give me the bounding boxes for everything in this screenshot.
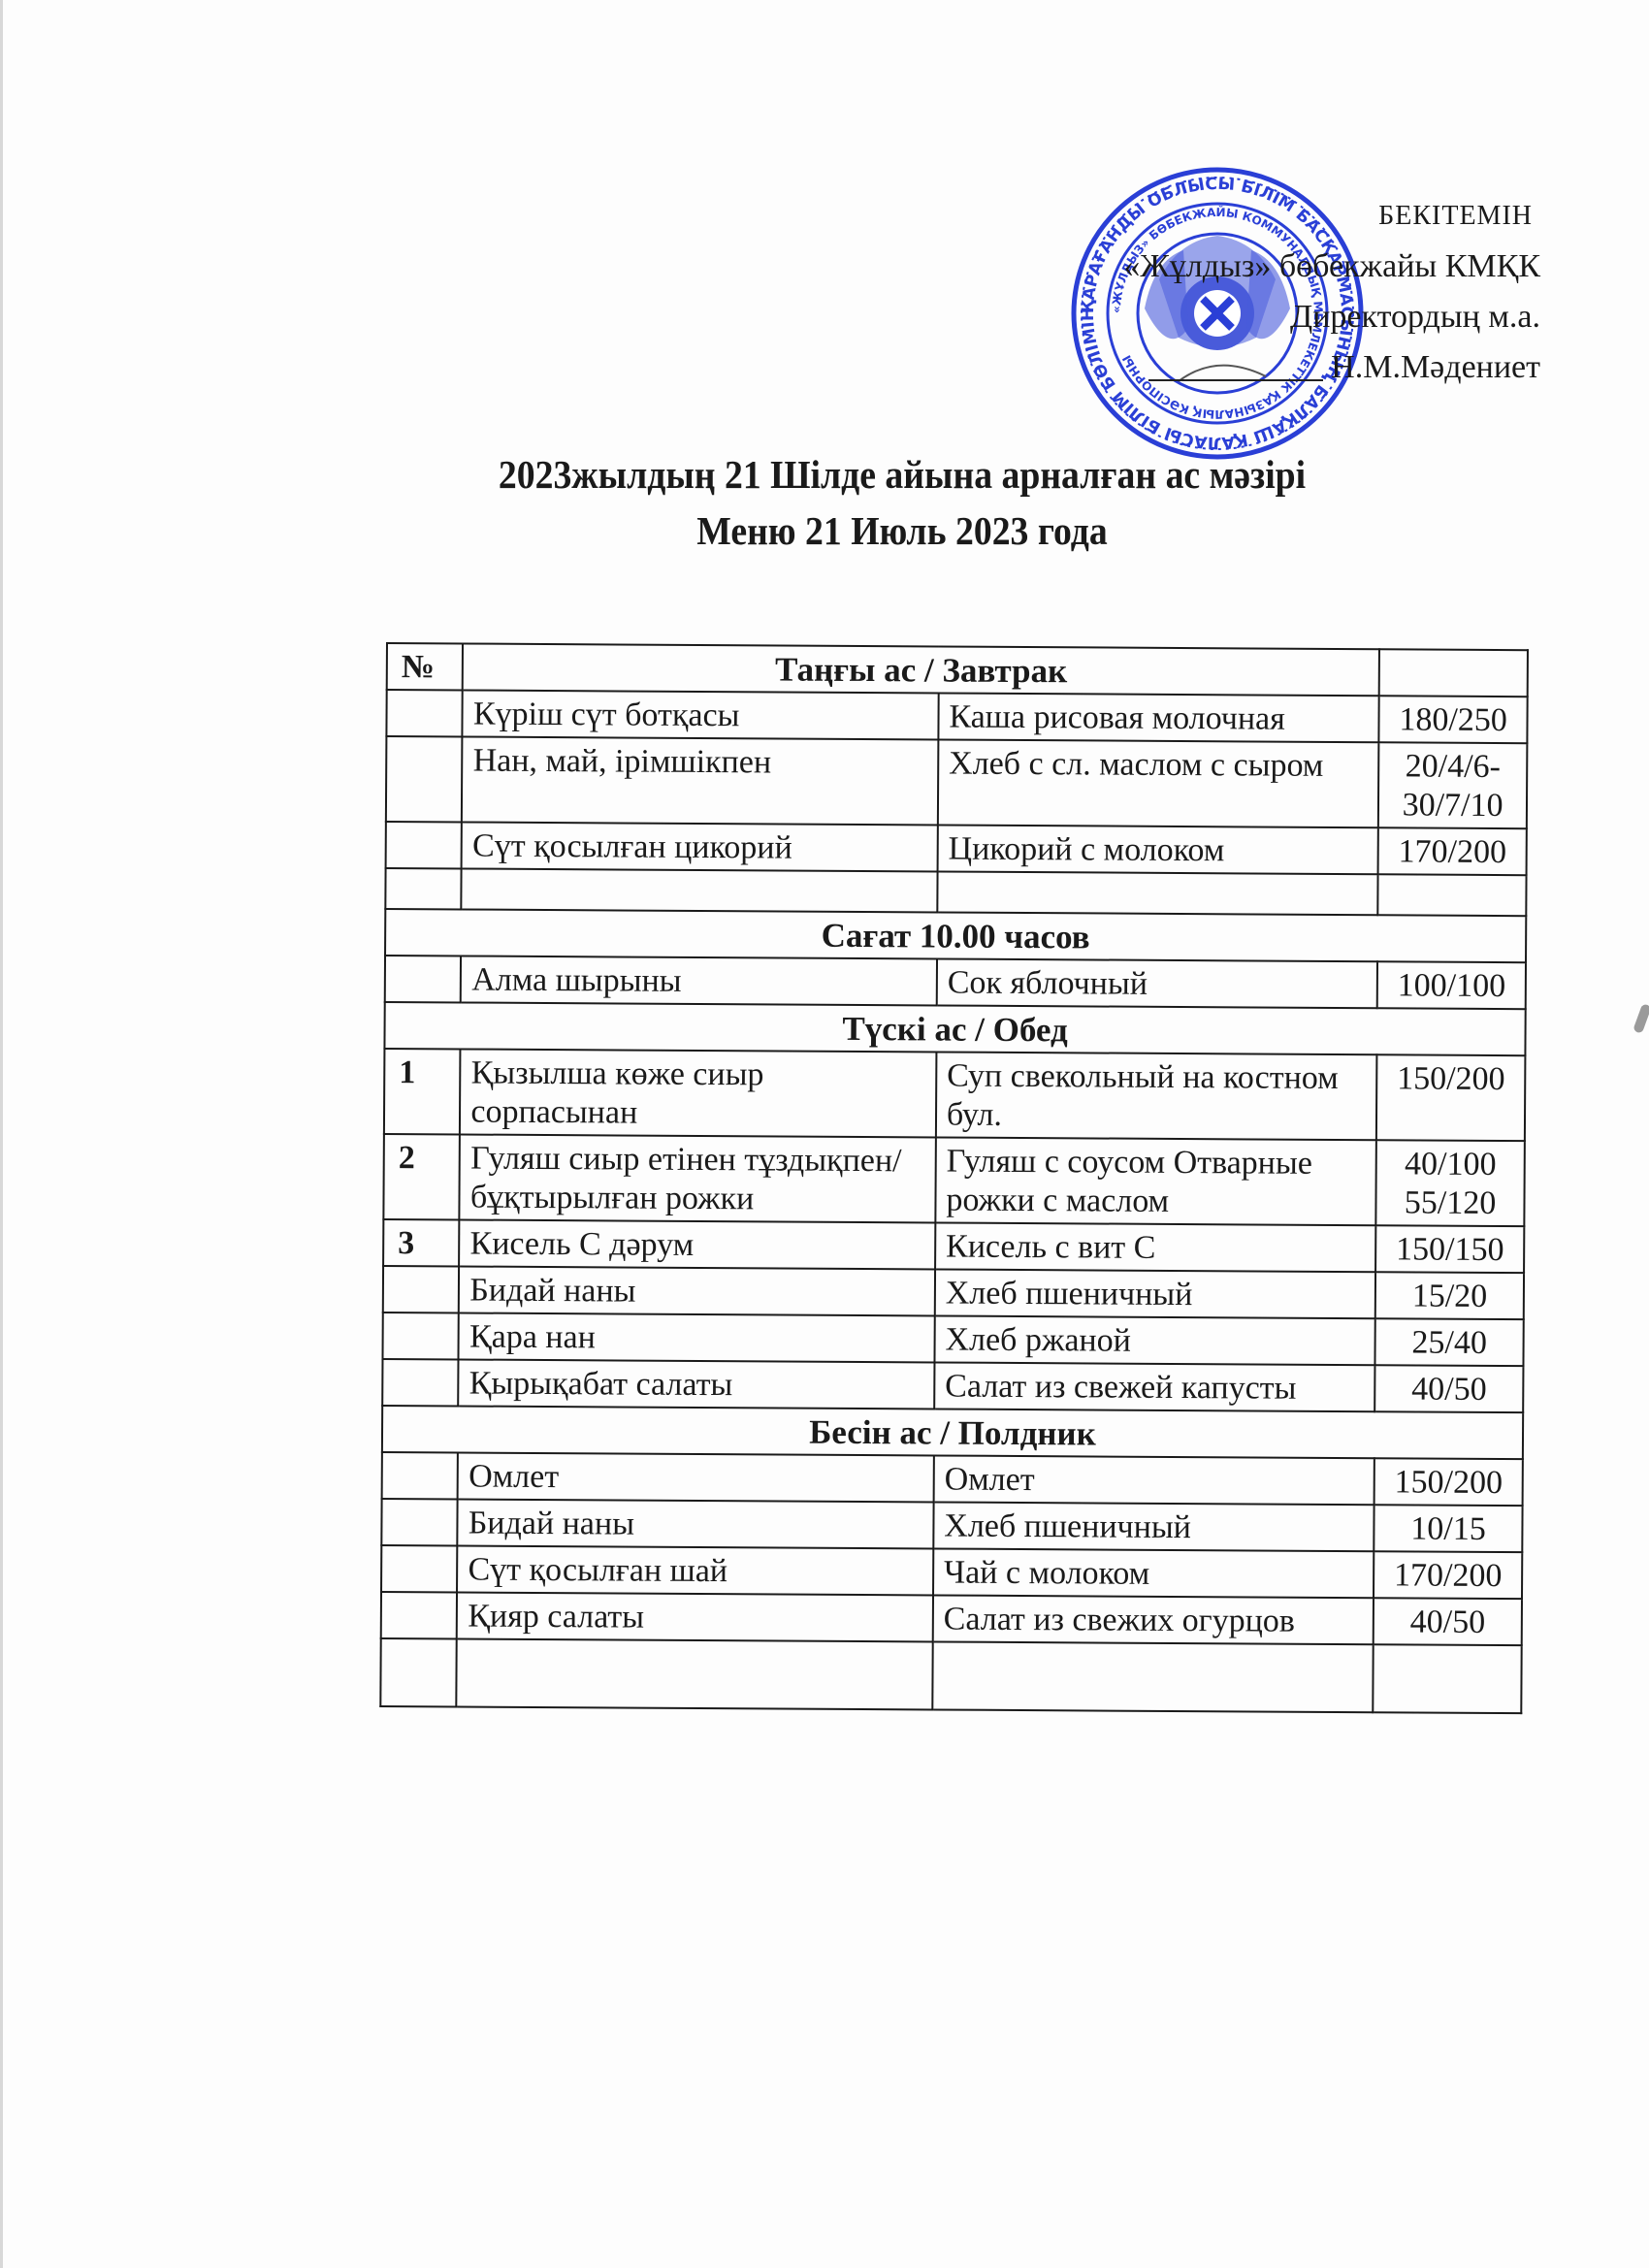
item-number [381, 1545, 458, 1592]
item-number [386, 690, 463, 736]
table-row: Нан, май, ірімшікпенХлеб с сл. маслом с … [386, 736, 1528, 828]
portion-size: 15/20 [1375, 1272, 1524, 1319]
empty-row [385, 868, 1526, 916]
item-number: 3 [383, 1219, 460, 1266]
scan-page-edge [0, 0, 3, 2268]
dish-name-kazakh: Бидай наны [458, 1499, 934, 1548]
table-row: Қияр салатыСалат из свежих огурцов40/50 [381, 1592, 1522, 1645]
section-title-breakfast: Таңғы ас / Завтрак [463, 643, 1379, 696]
table-row: 1Қызылша көже сиыр сорпасынанСуп свеколь… [384, 1049, 1526, 1141]
empty-cell [937, 871, 1378, 915]
dish-name-russian: Гуляш с соусом Отварные рожки с маслом [935, 1137, 1376, 1225]
empty-cell [932, 1641, 1374, 1712]
dish-name-russian: Хлеб пшеничный [935, 1269, 1376, 1318]
menu-table: № Таңғы ас / Завтрак Күріш сүт ботқасыКа… [379, 642, 1529, 1714]
dish-name-kazakh: Гуляш сиыр етінен тұздықпен/бұқтырылған … [460, 1134, 936, 1222]
portion-size: 170/200 [1374, 1551, 1522, 1599]
dish-name-kazakh: Сүт қосылған шай [457, 1545, 933, 1595]
table-row: Күріш сүт ботқасыКаша рисовая молочная18… [386, 690, 1527, 743]
section-title-afternoon: Бесін ас / Полдник [382, 1406, 1523, 1459]
approval-block: БЕКІТЕМІН «Жұлдыз» бөбекжайы КМҚК Директ… [1123, 189, 1540, 393]
dish-name-kazakh: Қара нан [459, 1312, 935, 1362]
dish-name-russian: Кисель с вит С [935, 1222, 1376, 1272]
dish-name-kazakh: Күріш сүт ботқасы [463, 690, 939, 739]
item-number: 2 [383, 1134, 460, 1219]
portion-size: 40/50 [1374, 1598, 1522, 1645]
dish-name-russian: Каша рисовая молочная [938, 693, 1379, 742]
portion-size: 20/4/6-30/7/10 [1378, 742, 1527, 828]
section-header-row: Сағат 10.00 часов [385, 909, 1526, 962]
item-number [381, 1499, 458, 1545]
dish-name-kazakh: Кисель С дәрум [459, 1219, 935, 1269]
number-header: № [387, 643, 464, 690]
item-number [383, 1266, 460, 1312]
portion-size: 150/200 [1376, 1054, 1525, 1141]
table-row: ОмлетОмлет150/200 [382, 1452, 1523, 1506]
item-number [381, 1592, 458, 1638]
dish-name-kazakh: Омлет [458, 1452, 934, 1502]
dish-name-russian: Салат из свежих огурцов [933, 1595, 1374, 1644]
table-row: Сүт қосылған цикорийЦикорий с молоком170… [386, 822, 1527, 875]
portion-size: 10/15 [1374, 1505, 1522, 1552]
section-title-lunch: Түскі ас / Обед [384, 1002, 1525, 1055]
title-kazakh: 2023жылдың 21 Шілде айына арналған ас мә… [72, 446, 1649, 502]
portion-size: 100/100 [1377, 961, 1526, 1009]
section-header-row: Бесін ас / Полдник [382, 1406, 1523, 1459]
dish-name-kazakh: Нан, май, ірімшікпен [462, 736, 938, 825]
portion-size: 150/200 [1374, 1458, 1523, 1506]
portion-size: 40/10055/120 [1376, 1140, 1525, 1226]
portion-size: 150/150 [1375, 1225, 1524, 1273]
table-row: Бидай наныХлеб пшеничный15/20 [383, 1266, 1524, 1319]
dish-name-russian: Сок яблочный [937, 958, 1378, 1008]
dish-name-russian: Чай с молоком [933, 1548, 1374, 1598]
approve-label: БЕКІТЕМІН [1378, 201, 1533, 231]
item-number [382, 1359, 459, 1406]
signature-line [1148, 379, 1323, 381]
scan-mark [1633, 1003, 1649, 1034]
dish-name-kazakh: Алма шырыны [461, 956, 937, 1005]
item-number: 1 [384, 1049, 461, 1134]
empty-cell [1373, 1644, 1521, 1713]
signer-name: Н.М.Мәдениет [1331, 349, 1540, 385]
empty-cell [462, 868, 938, 912]
dish-name-russian: Омлет [933, 1455, 1374, 1505]
item-number [385, 956, 462, 1002]
dish-name-kazakh: Бидай наны [459, 1266, 935, 1315]
item-number [382, 1312, 459, 1359]
organization-name: «Жұлдыз» бөбекжайы КМҚК [1123, 242, 1540, 292]
section-title-snack10: Сағат 10.00 часов [385, 909, 1526, 962]
dish-name-russian: Суп свекольный на костном бул. [936, 1052, 1377, 1140]
signer-position: Директордың м.а. [1123, 292, 1540, 342]
item-number [386, 736, 463, 822]
item-number [382, 1452, 459, 1499]
table-row: Қырықабат салатыСалат из свежей капусты4… [382, 1359, 1523, 1412]
portion-size: 170/200 [1378, 827, 1527, 875]
dish-name-russian: Хлеб с сл. маслом с сыром [938, 739, 1379, 827]
table-row: 2 Гуляш сиыр етінен тұздықпен/бұқтырылға… [383, 1134, 1525, 1226]
dish-name-russian: Цикорий с молоком [937, 825, 1378, 874]
table-row: 3Кисель С дәрумКисель с вит С150/150 [383, 1219, 1524, 1273]
dish-name-russian: Салат из свежей капусты [934, 1362, 1375, 1411]
dish-name-kazakh: Қырықабат салаты [459, 1359, 935, 1409]
empty-row [380, 1638, 1521, 1713]
dish-name-kazakh: Қызылша көже сиыр сорпасынан [460, 1049, 936, 1137]
dish-name-kazakh: Сүт қосылған цикорий [462, 822, 938, 871]
empty-cell [457, 1638, 933, 1709]
portion-size: 25/40 [1375, 1318, 1524, 1366]
document-titles: 2023жылдың 21 Шілде айына арналған ас мә… [0, 446, 1649, 559]
title-russian: Меню 21 Июль 2023 года [72, 502, 1649, 559]
table-row: Бидай наныХлеб пшеничный10/15 [381, 1499, 1522, 1552]
table-row: Сүт қосылған шайЧай с молоком170/200 [381, 1545, 1522, 1599]
portion-size: 40/50 [1374, 1365, 1523, 1412]
dish-name-russian: Хлеб пшеничный [933, 1502, 1374, 1551]
portion-size: 180/250 [1379, 696, 1528, 743]
table-row: Алма шырыныСок яблочный100/100 [385, 956, 1526, 1009]
table-row: Қара нанХлеб ржаной25/40 [382, 1312, 1523, 1366]
item-number [386, 822, 463, 868]
section-header-row: Түскі ас / Обед [384, 1002, 1525, 1055]
breakfast-header-row: № Таңғы ас / Завтрак [387, 643, 1528, 697]
empty-cell [1378, 874, 1527, 916]
empty-cell [385, 868, 462, 909]
dish-name-russian: Хлеб ржаной [934, 1315, 1375, 1365]
dish-name-kazakh: Қияр салаты [457, 1592, 933, 1641]
empty-cell [380, 1638, 457, 1706]
